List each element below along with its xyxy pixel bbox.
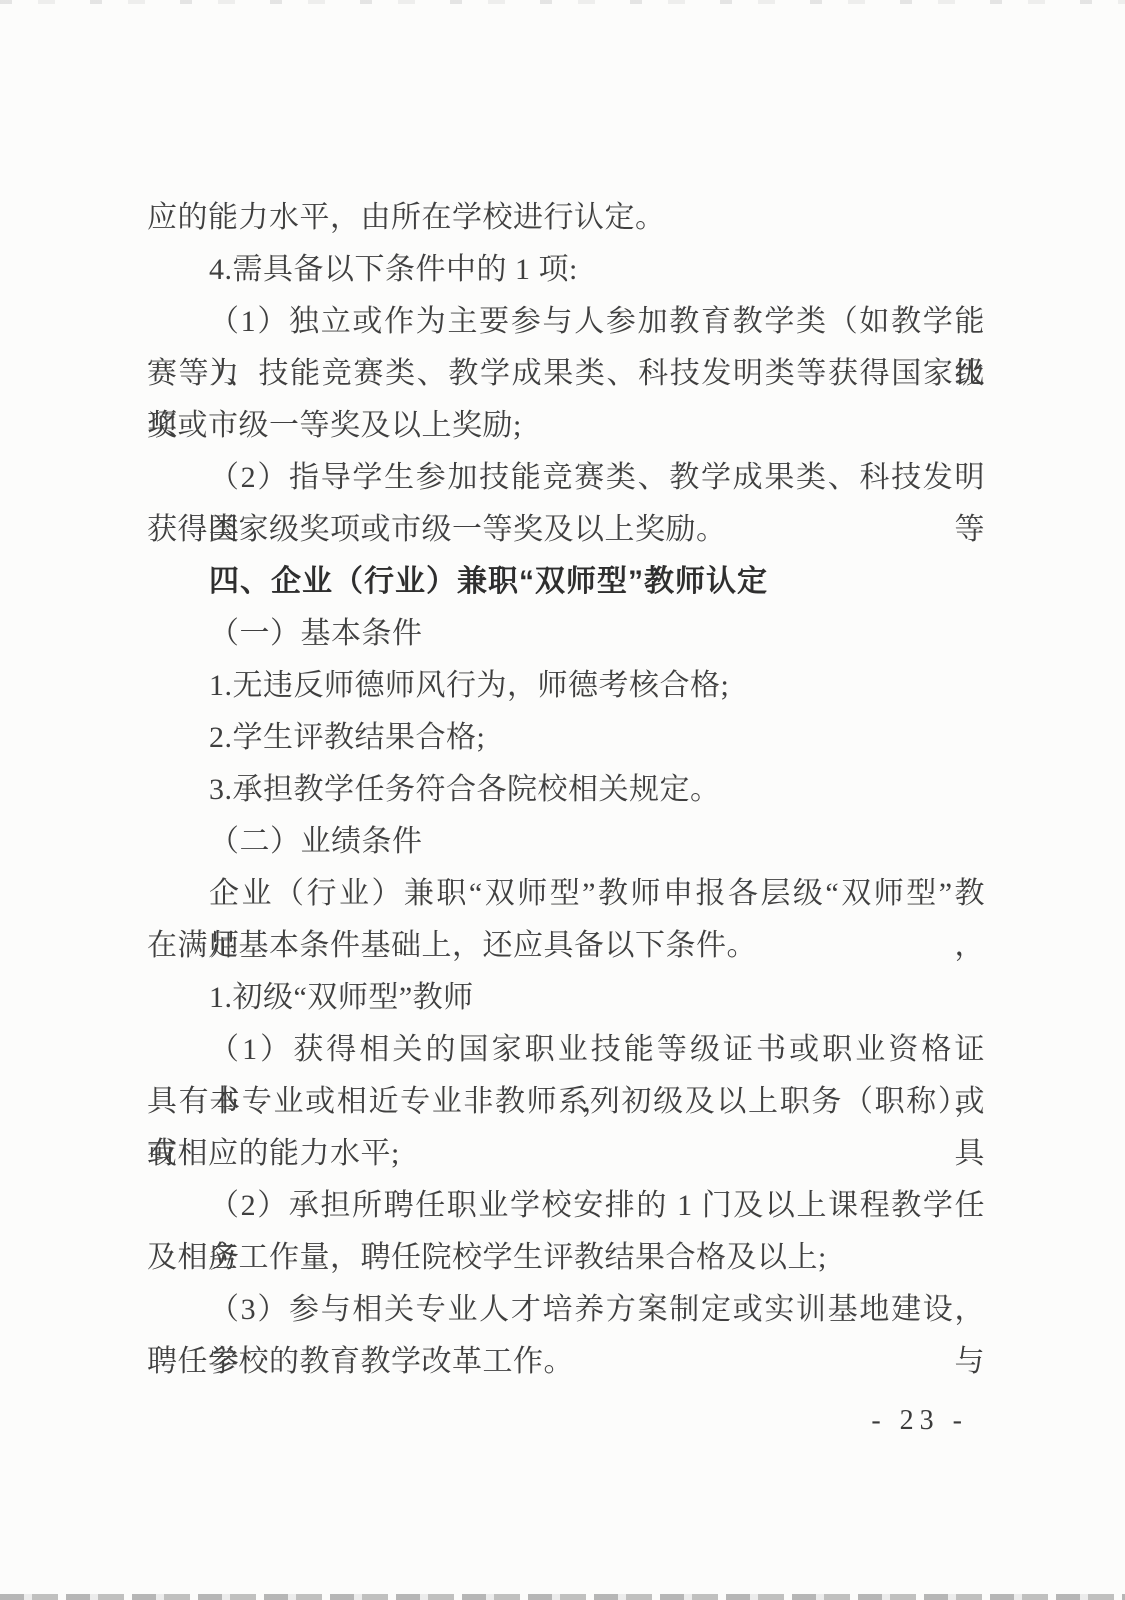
text-line: （2）指导学生参加技能竞赛类、教学成果类、科技发明类等: [147, 452, 985, 504]
scan-artifact-bottom: [0, 1594, 1125, 1600]
text-line: （3）参与相关专业人才培养方案制定或实训基地建设，参与: [147, 1284, 985, 1336]
text-line: （二）业绩条件: [147, 816, 985, 868]
text-line: 及相应工作量，聘任院校学生评教结果合格及以上;: [147, 1232, 985, 1284]
text-line: 应的能力水平，由所在学校进行认定。: [147, 192, 985, 244]
text-line: （1）独立或作为主要参与人参加教育教学类（如教学能力比: [147, 296, 985, 348]
text-line: 具有本专业或相近专业非教师系列初级及以上职务（职称），或具: [147, 1076, 985, 1128]
text-line: （一）基本条件: [147, 608, 985, 660]
text-line: （1）获得相关的国家职业技能等级证书或职业资格证书，或: [147, 1024, 985, 1076]
text-line: 项或市级一等奖及以上奖励;: [147, 400, 985, 452]
text-line: 4.需具备以下条件中的 1 项:: [147, 244, 985, 296]
text-line: 四、企业（行业）兼职“双师型”教师认定: [147, 556, 985, 608]
text-line: 企业（行业）兼职“双师型”教师申报各层级“双师型”教师，: [147, 868, 985, 920]
text-line: 赛等）、技能竞赛类、教学成果类、科技发明类等获得国家级奖: [147, 348, 985, 400]
text-line: （2）承担所聘任职业学校安排的 1 门及以上课程教学任务: [147, 1180, 985, 1232]
text-block: 应的能力水平，由所在学校进行认定。4.需具备以下条件中的 1 项:（1）独立或作…: [147, 192, 985, 1388]
text-line: 2.学生评教结果合格;: [147, 712, 985, 764]
text-line: 1.初级“双师型”教师: [147, 972, 985, 1024]
page-number: - 23 -: [871, 1405, 968, 1437]
text-line: 3.承担教学任务符合各院校相关规定。: [147, 764, 985, 816]
scan-artifact-top: [0, 0, 1125, 4]
document-page: 应的能力水平，由所在学校进行认定。4.需具备以下条件中的 1 项:（1）独立或作…: [0, 0, 1125, 1600]
text-line: 1.无违反师德师风行为，师德考核合格;: [147, 660, 985, 712]
